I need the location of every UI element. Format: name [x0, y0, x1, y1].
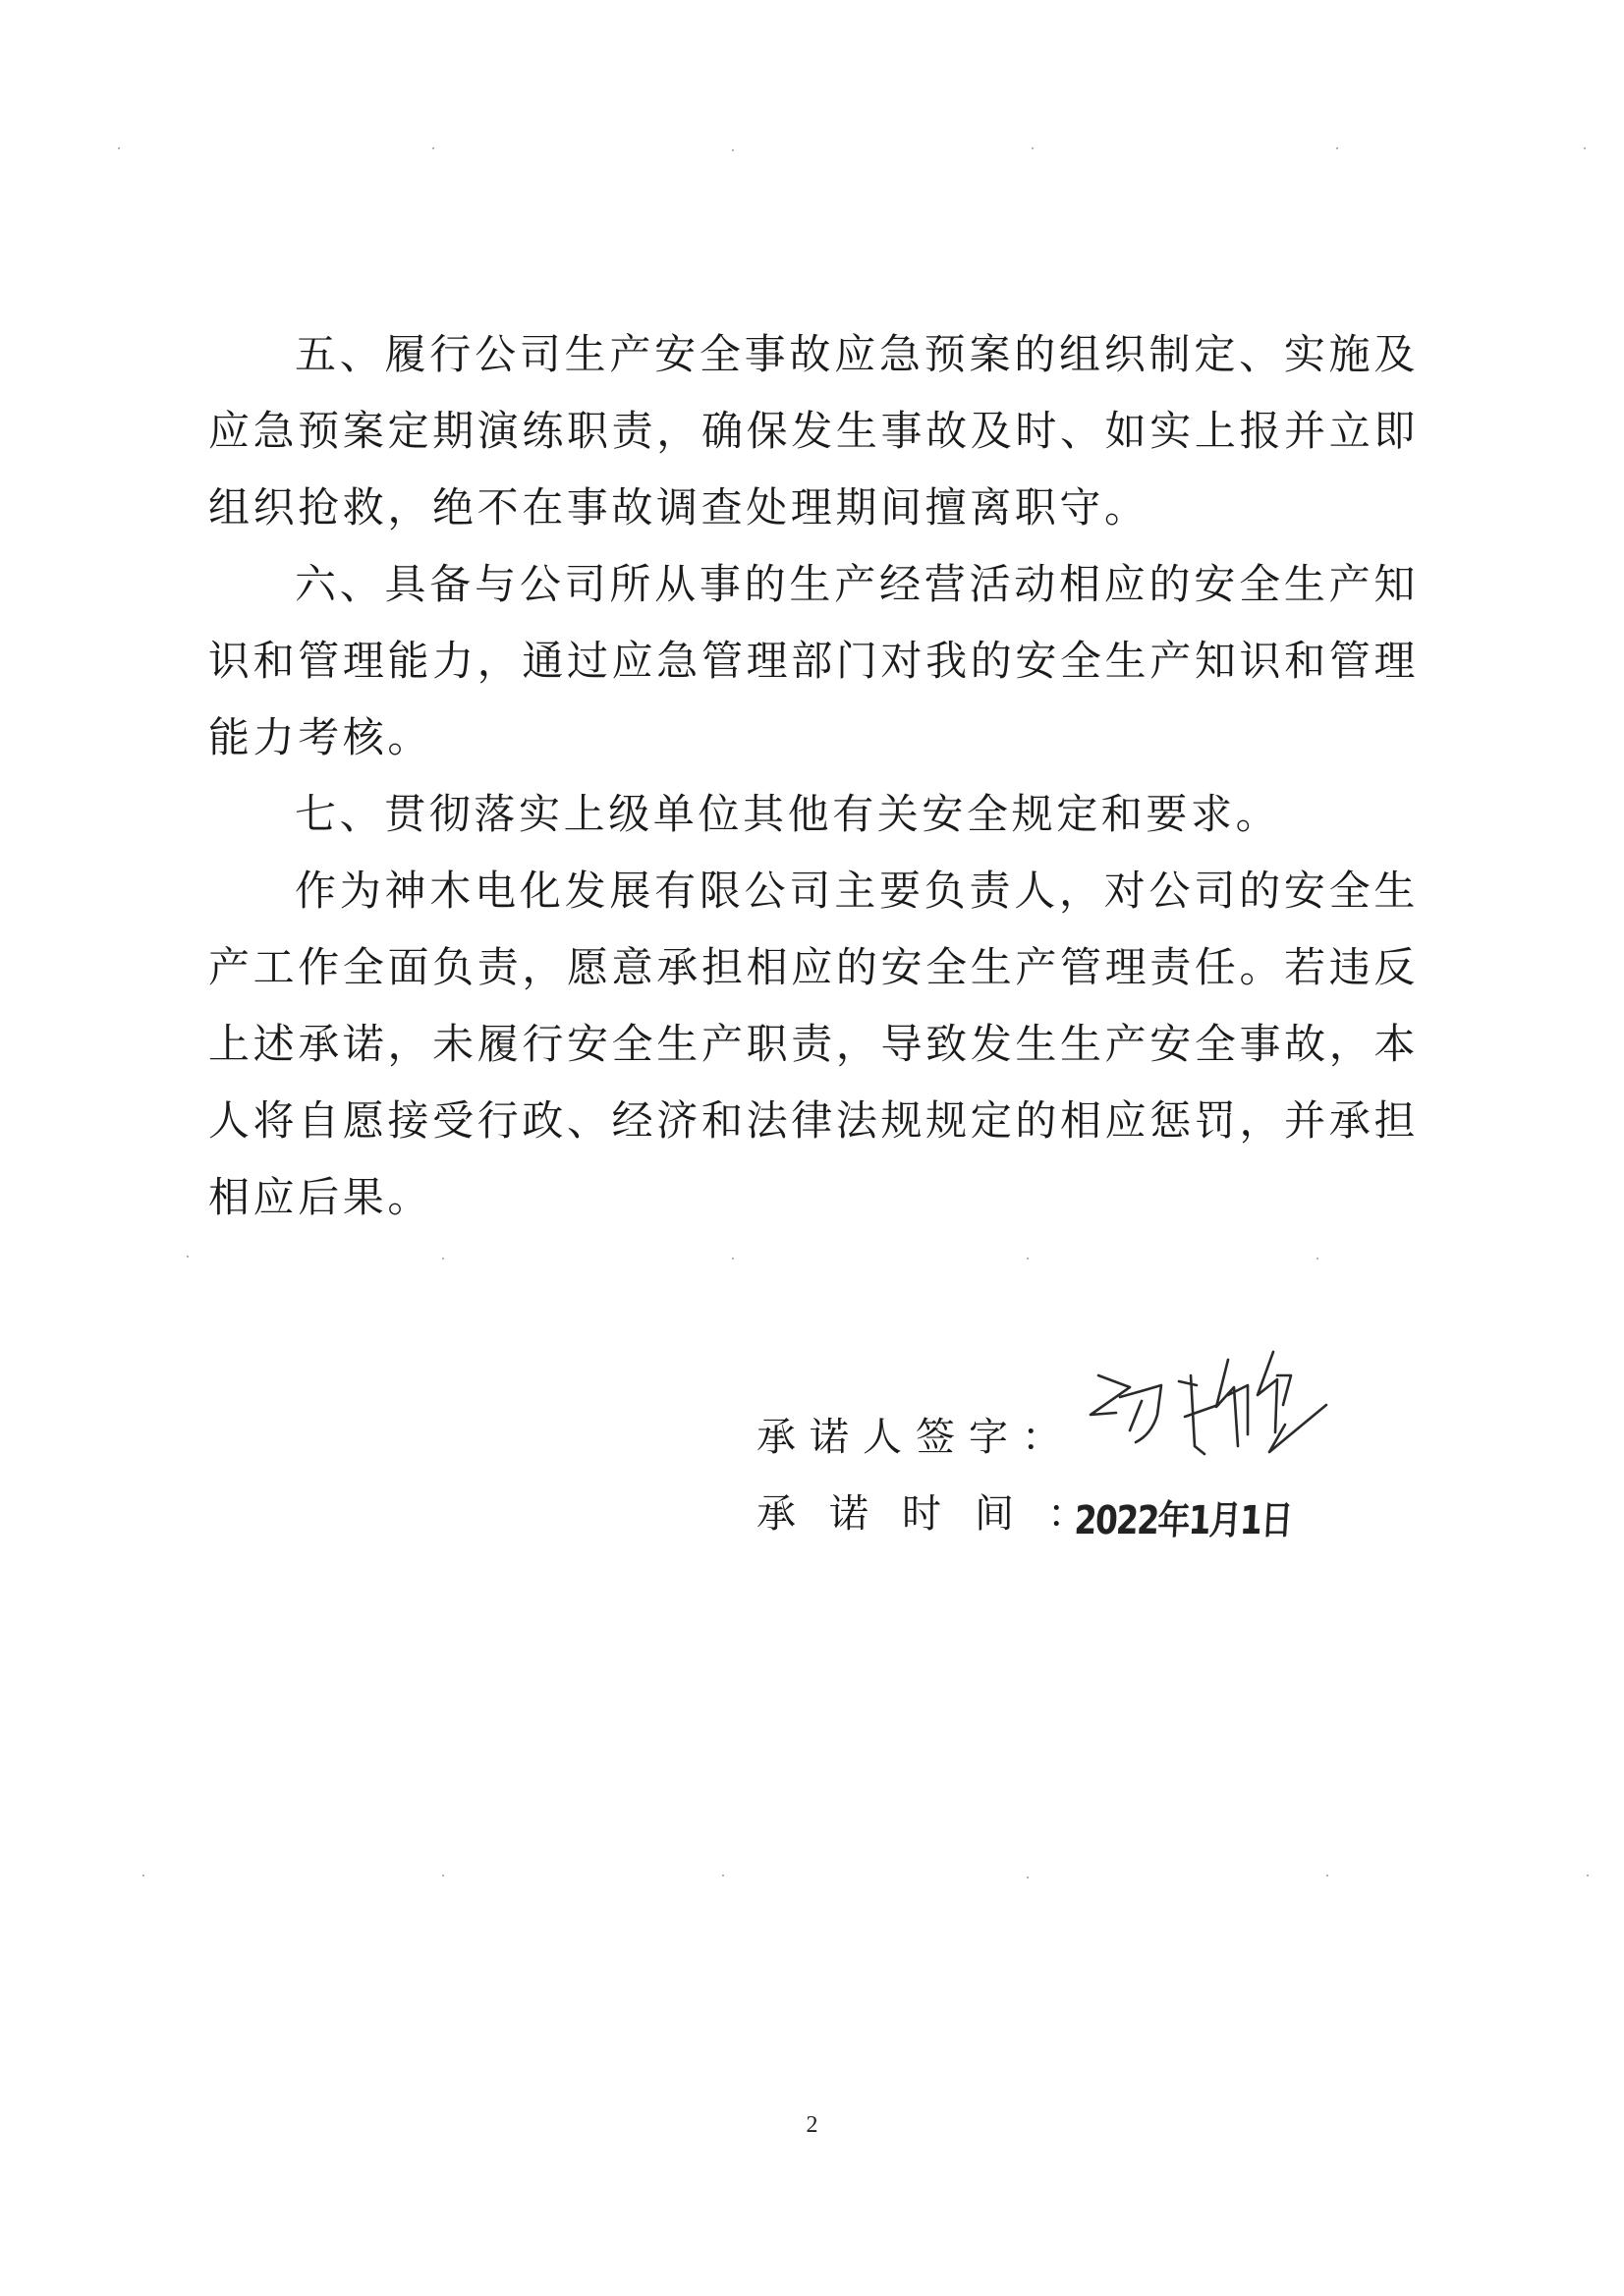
clause-five: 五、履行公司生产安全事故应急预案的组织制定、实施及应急预案定期演练职责，确保发生… — [208, 316, 1419, 546]
scan-speck — [1027, 1876, 1029, 1878]
scan-speck — [118, 147, 120, 149]
scan-speck — [1316, 1258, 1318, 1260]
scan-speck — [187, 1256, 189, 1258]
closing-statement: 作为神木电化发展有限公司主要负责人，对公司的安全生产工作全面负责，愿意承担相应的… — [208, 853, 1419, 1236]
signer-label: 承诺人签字： — [756, 1406, 1081, 1462]
handwritten-date: 2022年1月1日 — [1073, 1489, 1293, 1545]
scan-speck — [432, 147, 434, 149]
scan-speck — [1326, 1875, 1328, 1876]
scan-speck — [722, 1875, 724, 1876]
scan-speck — [732, 149, 734, 151]
clause-six: 六、具备与公司所从事的生产经营活动相应的安全生产知识和管理能力，通过应急管理部门… — [208, 546, 1419, 776]
commitment-body: 五、履行公司生产安全事故应急预案的组织制定、实施及应急预案定期演练职责，确保发生… — [208, 316, 1419, 1236]
scan-speck — [1027, 1258, 1029, 1260]
scan-speck — [732, 1258, 734, 1260]
date-label: 承诺时间： — [756, 1483, 1081, 1539]
signer-row: 承诺人签字： — [756, 1395, 1339, 1472]
page-number: 2 — [0, 2112, 1624, 2139]
document-page: 五、履行公司生产安全事故应急预案的组织制定、实施及应急预案定期演练职责，确保发生… — [0, 0, 1624, 2296]
signature-block: 承诺人签字： 承诺时间： 2022年1月1日 — [756, 1395, 1339, 1548]
scan-speck — [442, 1875, 444, 1876]
scan-speck — [1032, 147, 1034, 149]
scan-speck — [442, 1258, 444, 1260]
scan-speck — [142, 1875, 144, 1876]
scan-speck — [1336, 147, 1338, 149]
handwritten-signature-icon — [1081, 1336, 1356, 1503]
scan-speck — [1587, 1875, 1589, 1876]
scan-speck — [1584, 147, 1586, 149]
clause-seven: 七、贯彻落实上级单位其他有关安全规定和要求。 — [208, 776, 1419, 853]
